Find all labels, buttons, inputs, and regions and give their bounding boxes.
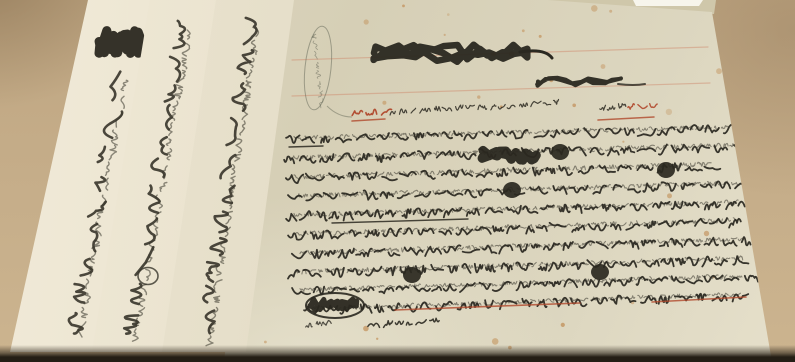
display-case-shadow <box>0 0 795 362</box>
photo-of-manuscripts <box>0 0 795 362</box>
